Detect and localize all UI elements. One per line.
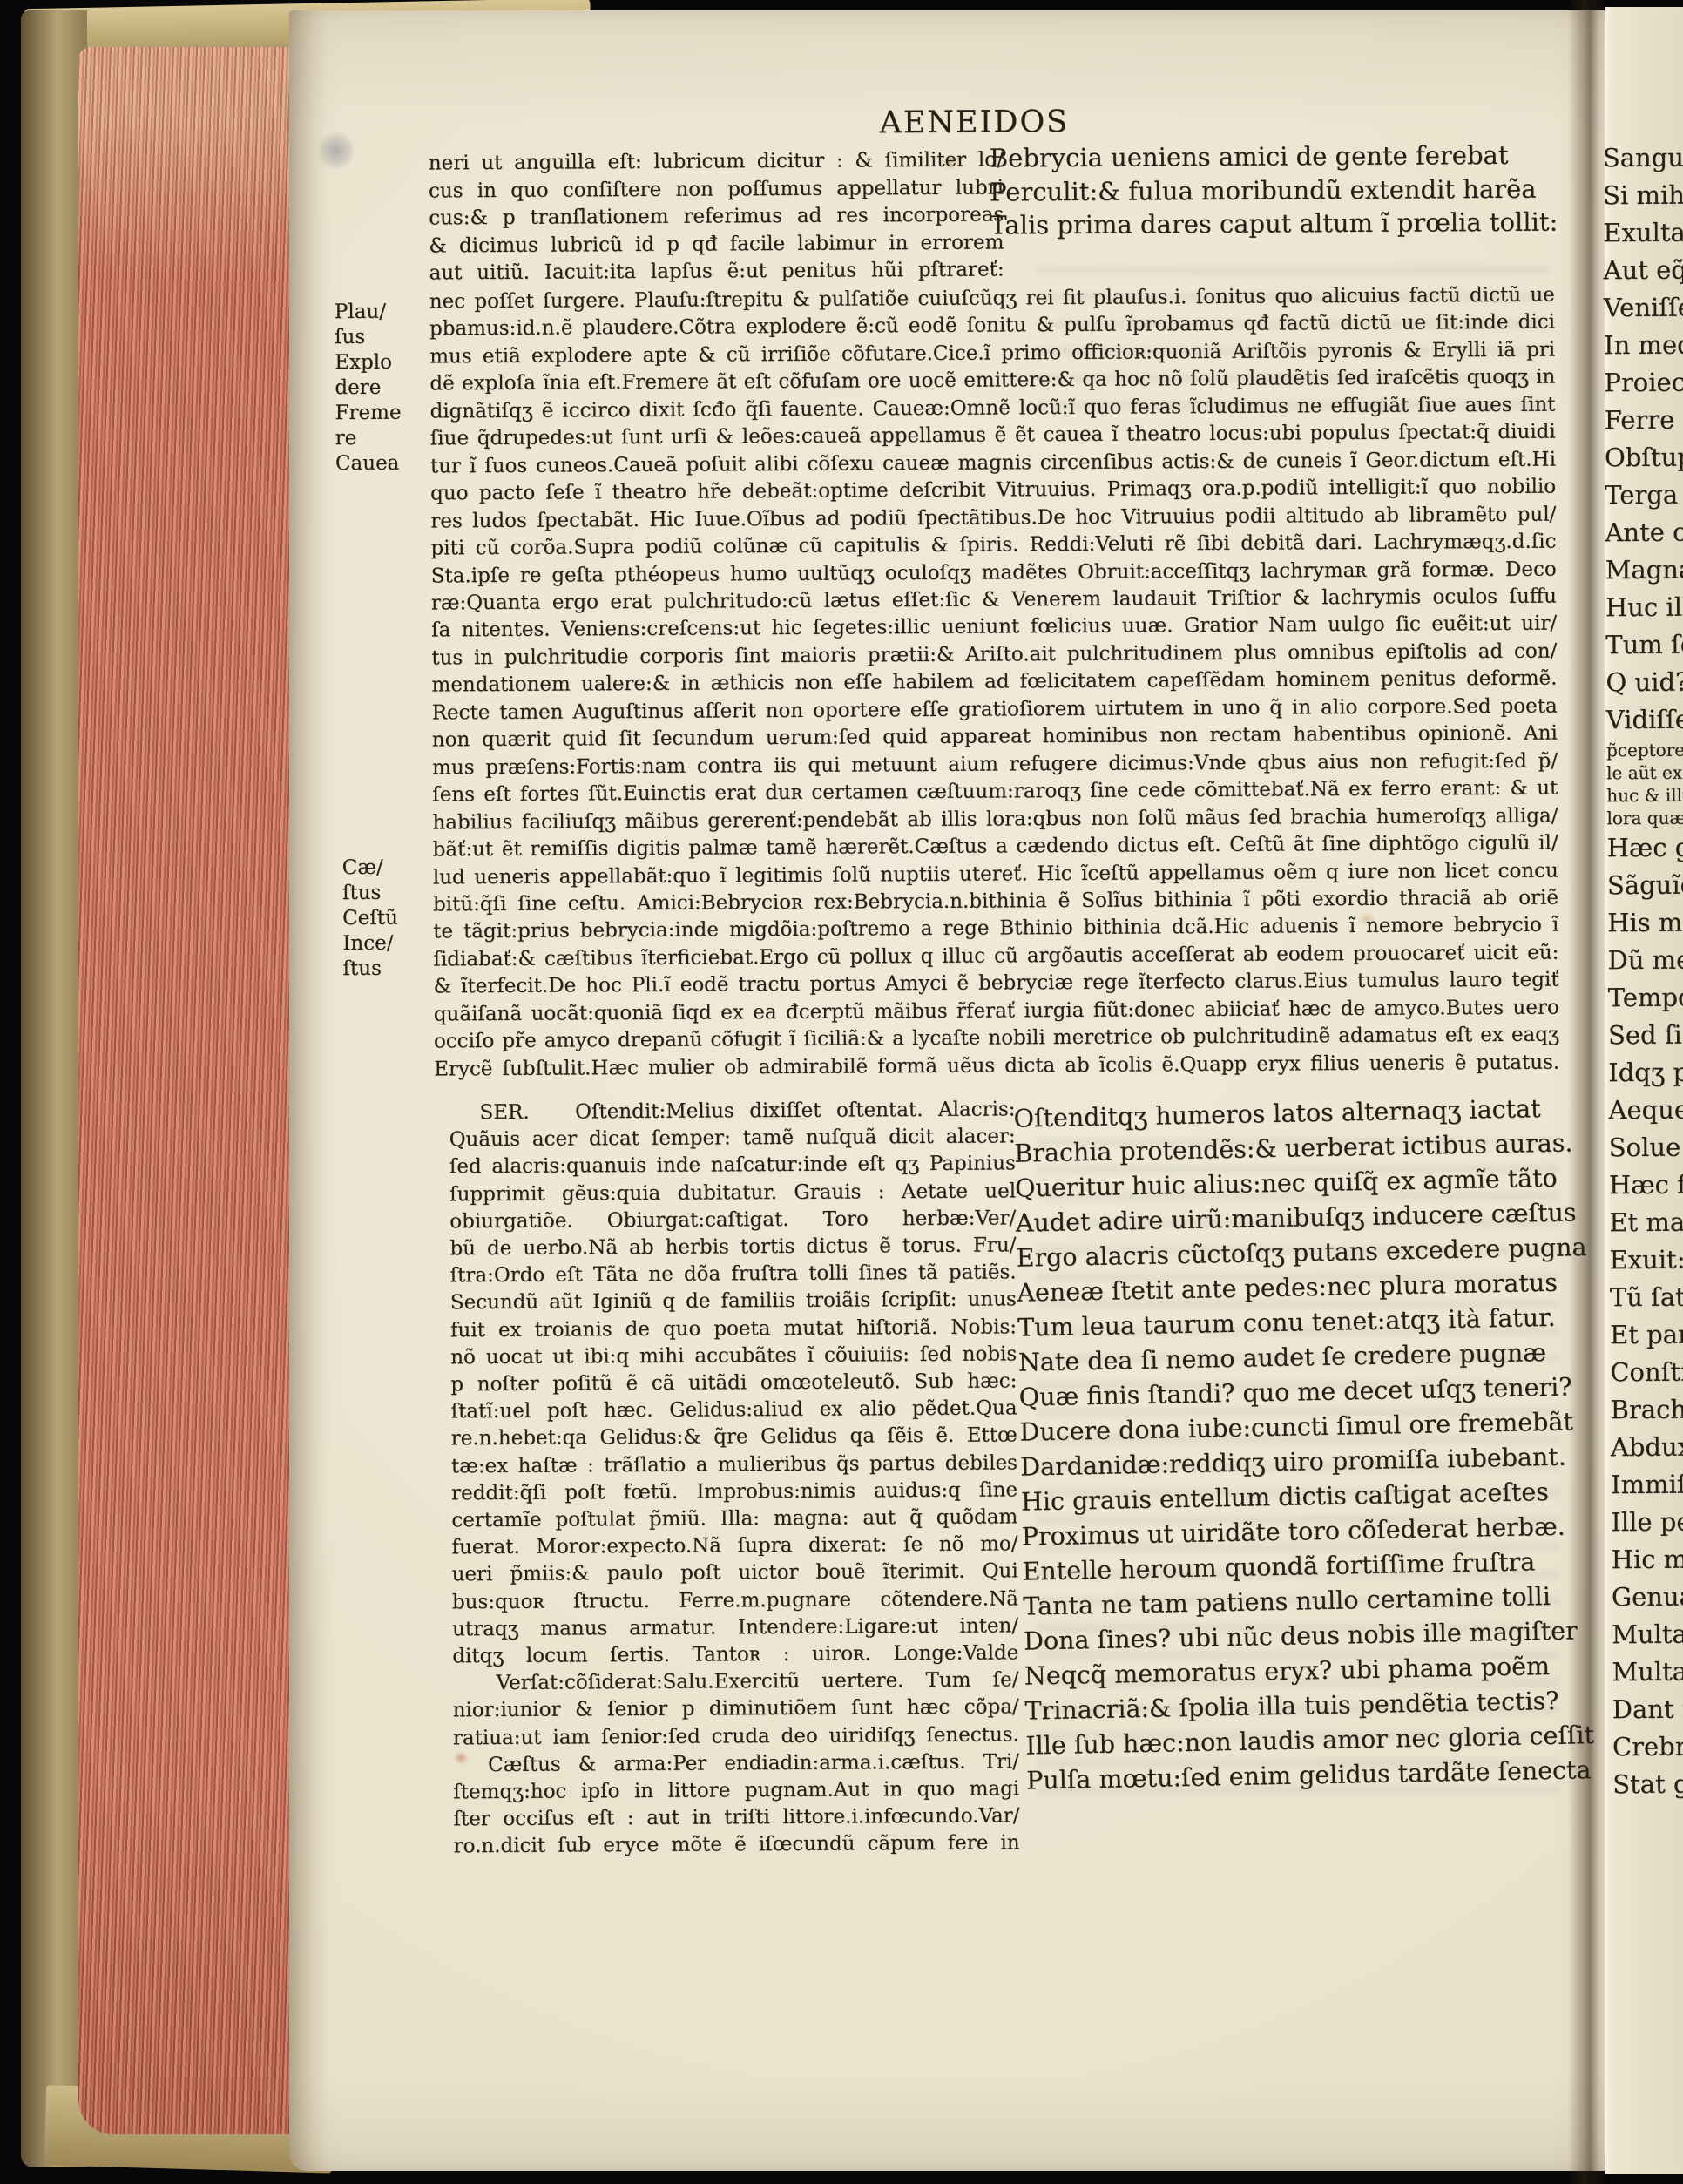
fragment-line: Conſtitit xyxy=(1610,1354,1683,1392)
fragment-line: huc & illuc u xyxy=(1606,784,1681,808)
fragment-line: Terga bou xyxy=(1605,477,1680,515)
commentary-line: cus in quo conſiſtere non poſſumus appel… xyxy=(429,174,1004,206)
commentary-line: ro.n.dicit ſub eryce mõte ẽ iſœcundũ cãp… xyxy=(454,1830,1020,1861)
verse-lower-right-column: Oſtenditqʒ humeros latos alternaqʒ iacta… xyxy=(1013,1091,1597,1798)
commentary-line: re.n.hebet:qa Gelidus:& q̃re Gelidus qa … xyxy=(451,1423,1017,1453)
fragment-line: Tum ſenio xyxy=(1605,626,1680,665)
commentary-top-left-block: neri ut anguilla eſt: lubricum dicitur :… xyxy=(429,146,1004,287)
verse-line: Talis prima dares caput altum ĩ prœlia t… xyxy=(990,206,1558,243)
margin-note-line: Plau/ xyxy=(335,300,401,325)
fragment-line: Tũ ſatus a xyxy=(1610,1279,1683,1317)
commentary-line: SER. Oſtendit:Melius dixiſſet oſtentat. … xyxy=(449,1096,1015,1126)
fragment-line: Tempori xyxy=(1608,979,1683,1018)
commentary-line: bũ de uerbo.Nã ab herbis tortis dictus ẽ… xyxy=(449,1232,1016,1262)
margin-note-line: re xyxy=(335,426,402,451)
fragment-line: Huc illuc u xyxy=(1605,589,1680,627)
fragment-line: Obſtupue xyxy=(1605,439,1680,477)
commentary-line: Quãuis acer dicat ſemper: tamẽ nuſquã di… xyxy=(449,1124,1016,1154)
margin-note-line: Cauea xyxy=(335,451,402,477)
fragment-line: Hæc gert xyxy=(1607,829,1682,868)
printed-text-layer: AENEIDOS neri ut anguilla eſt: lubricum … xyxy=(0,0,1683,2184)
commentary-line: obiurgatiõe. Obiurgat:caſtigat. Toro her… xyxy=(449,1205,1016,1235)
commentary-line: tæ:ex haſtæ : trãſlatio a mulieribus q̃s… xyxy=(451,1450,1017,1480)
fragment-line: Crebra u xyxy=(1612,1728,1683,1767)
margin-note-line: ſus xyxy=(335,325,401,350)
fragment-line: Sed ſi no xyxy=(1608,1017,1683,1055)
commentary-line: ſupprimit gẽus:quia dubitatur. Grauis : … xyxy=(449,1178,1016,1208)
book-photograph: AENEIDOS neri ut anguilla eſt: lubricum … xyxy=(0,0,1683,2184)
commentary-line: ſter occiſus eſt : aut in triſti littore… xyxy=(453,1803,1019,1834)
commentary-line: fuerat. Moror:expecto.Nã ſupra dixerat: … xyxy=(451,1532,1017,1562)
fragment-line: Dũ melio xyxy=(1607,942,1682,980)
margin-note-line: Cæ/ xyxy=(342,855,398,881)
fragment-line: Idqʒ pio ſo xyxy=(1608,1054,1683,1092)
commentary-line: Secundũ aũt Iginiũ q de familiis troiãis… xyxy=(450,1287,1017,1317)
commentary-line: nõ uocat ut ibi:q mihi accubãtes ĩ cõuiu… xyxy=(450,1341,1017,1371)
fragment-line: Hæc fatus xyxy=(1609,1166,1683,1205)
fragment-line: Aut eq̃dẽ p xyxy=(1603,252,1678,290)
margin-gloss-caestus: Cæ/ſtusCeſtũInce/ſtus xyxy=(342,855,399,982)
fragment-line: Ferre man xyxy=(1605,402,1680,440)
fragment-line: Abduxer xyxy=(1611,1429,1683,1467)
verse-line: Perculit:& fulua moribundũ extendit harẽ… xyxy=(990,172,1558,209)
commentary-line: nior:iunior & ſenior p diminutiõem ſunt … xyxy=(453,1694,1019,1725)
fragment-line: Solue me xyxy=(1609,1129,1683,1167)
fragment-line: Veniſſem: xyxy=(1604,289,1679,328)
fragment-line: Aequemu xyxy=(1608,1092,1683,1130)
fragment-line: Magnanim xyxy=(1605,551,1680,590)
fragment-line: In medium xyxy=(1604,327,1679,365)
commentary-line: bus:quoʀ ſtructu. Ferre.m.pugnare cõtend… xyxy=(452,1586,1018,1616)
commentary-line: ſed alacris:quanuis inde naſcatur:inde e… xyxy=(449,1151,1016,1181)
commentary-line: neri ut anguilla eſt: lubricum dicitur :… xyxy=(429,146,1004,178)
fragment-line: Et paribu xyxy=(1610,1316,1683,1355)
fragment-line: Proiecit:q xyxy=(1604,364,1679,402)
fragment-line: His mag xyxy=(1607,904,1682,943)
commentary-line: ſtemqʒ:hoc ipſo in littore pugnam.Aut in… xyxy=(453,1775,1019,1806)
commentary-line: ſtatĩ:uel poſt hæc. Gelidus:aliud ex ali… xyxy=(450,1396,1017,1426)
commentary-line: & dicimus lubricũ id p qđ facile labimur… xyxy=(429,229,1004,260)
commentary-line: p noſter poſitũ ẽ cã uitãdi omœoteleutõ.… xyxy=(450,1368,1017,1398)
commentary-line: cus:& p tranſlationem referimus ad res i… xyxy=(429,201,1004,233)
margin-note-line: Ceſtũ xyxy=(342,906,398,931)
fragment-line: Ante omne xyxy=(1605,514,1680,552)
fragment-line: Vidiſſet:tr xyxy=(1606,701,1681,740)
fragment-line: Dant ſon xyxy=(1612,1691,1683,1729)
fragment-line: Q uid? ſi xyxy=(1605,664,1680,702)
commentary-line: ditqʒ locum ſertis. Tantoʀ : uiroʀ. Long… xyxy=(452,1640,1018,1670)
fragment-line: Si mihi q xyxy=(1603,177,1678,215)
commentary-line: utraqʒ manus armatur. Intendere:Ligare:u… xyxy=(452,1613,1018,1643)
margin-note-line: Freme xyxy=(335,401,401,426)
verse-top-block: Bebrycia ueniens amici de gente ferebatP… xyxy=(990,139,1558,243)
margin-note-line: Explo xyxy=(335,350,401,375)
fragment-line: lora quæ to xyxy=(1606,807,1681,830)
fragment-line: le aũt excuſa xyxy=(1606,761,1681,785)
fragment-line: Ille pedu xyxy=(1611,1504,1683,1542)
fragment-line: Hic mem xyxy=(1611,1541,1683,1579)
fragment-line: Sanguis h xyxy=(1603,139,1678,178)
margin-note-line: ſtus xyxy=(342,881,398,906)
commentary-line: certamĩe poſtulat p̃miũ. Illa: magna: au… xyxy=(451,1504,1017,1534)
commentary-lower-left-column: SER. Oſtendit:Melius dixiſſet oſtentat. … xyxy=(449,1096,1019,1861)
commentary-line: fuit ex troianis de quo poeta mutat hiſt… xyxy=(450,1314,1017,1344)
margin-note-line: ſtus xyxy=(342,957,398,982)
margin-note-line: Ince/ xyxy=(342,931,398,957)
commentary-line: ratiua:ut iam ſenior:ſed cruda deo uirid… xyxy=(453,1721,1019,1752)
verse-line: Bebrycia ueniens amici de gente ferebat xyxy=(990,139,1558,176)
fragment-line: Stat gra xyxy=(1612,1766,1683,1804)
fragment-line: Sãguĩe co xyxy=(1607,867,1682,905)
fragment-line: p̃ceptore qu xyxy=(1606,739,1681,762)
fragment-line: Genua la xyxy=(1612,1579,1683,1617)
fragment-line: Multa ui xyxy=(1612,1616,1683,1654)
fragment-line: Multa ca xyxy=(1612,1653,1683,1692)
margin-gloss-plausus: Plau/ſusExplodereFremereCauea xyxy=(335,300,402,477)
commentary-line: Cæſtus & arma:Per endiadin:arma.i.cæſtus… xyxy=(453,1748,1019,1779)
fragment-line: Exuit:atq xyxy=(1609,1241,1683,1280)
fragment-line: Immiſcen xyxy=(1611,1466,1683,1504)
commentary-line: Verſat:cõſiderat:Salu.Exercitũ uertere. … xyxy=(452,1667,1018,1698)
commentary-main-block: nec poſſet ſurgere. Plauſu:ſtrepitu & pu… xyxy=(429,282,1560,1084)
commentary-line: reddit:q̃ſi poſt fœtũ. Improbus:nimis au… xyxy=(451,1477,1017,1507)
commentary-line: ſtra:Ordo eſt Tãta ne dõa fruſtra tolli … xyxy=(450,1260,1017,1290)
fragment-line: Brachiaq xyxy=(1610,1391,1683,1430)
fragment-line: Et magno xyxy=(1609,1204,1683,1242)
commentary-line: aut uitiũ. Iacuit:ita lapſus ẽ:ut penitu… xyxy=(429,256,1004,287)
fragment-line: Exultat fi xyxy=(1603,214,1678,253)
commentary-line: ueri p̃miis:& paulo poſt uictor bouẽ ĩte… xyxy=(452,1559,1018,1589)
margin-note-line: dere xyxy=(335,375,401,401)
running-header: AENEIDOS xyxy=(879,105,1069,140)
next-page-text-fragments: Sanguis hSi mihi qExultat fiAut eq̃dẽ pV… xyxy=(1603,139,1683,1803)
